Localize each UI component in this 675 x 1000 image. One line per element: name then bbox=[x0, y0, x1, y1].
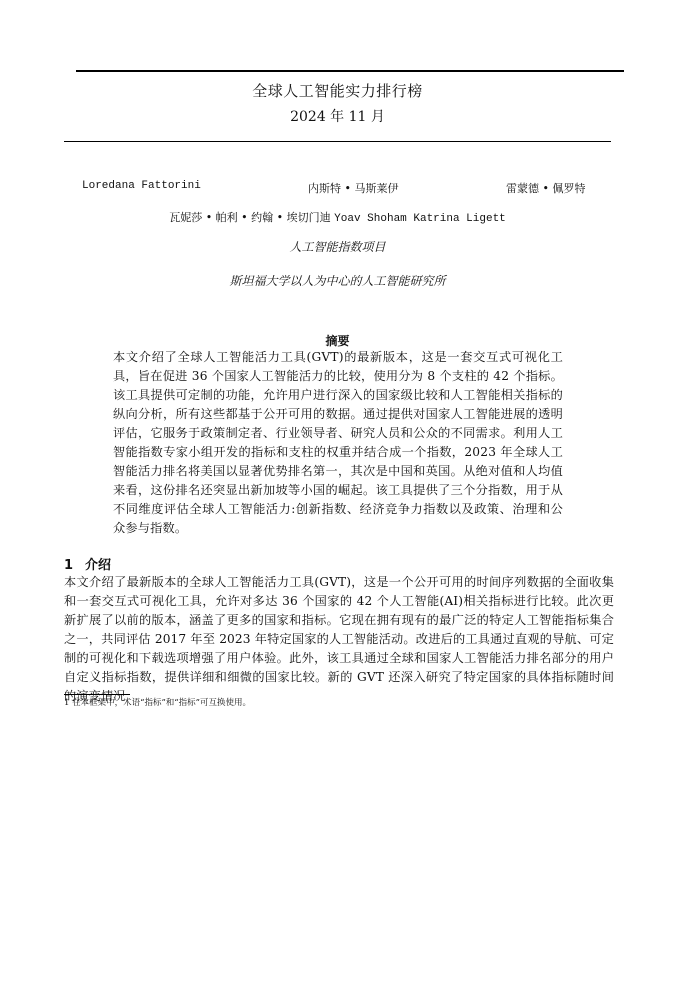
author-3: 雷蒙德 • 佩罗特 bbox=[506, 180, 585, 196]
authors-row-2-latin: Yoav Shoham Katrina Ligett bbox=[334, 213, 506, 225]
top-rule bbox=[76, 70, 624, 72]
section-number: 1 bbox=[64, 558, 73, 573]
paper-date: 2024 年 11 月 bbox=[0, 106, 675, 126]
section-1-heading: 1介绍 bbox=[64, 554, 111, 573]
author-2: 内斯特 • 马斯莱伊 bbox=[308, 180, 398, 196]
abstract-body: 本文介绍了全球人工智能活力工具(GVT)的最新版本，这是一套交互式可视化工具，旨… bbox=[113, 348, 563, 538]
author-1: Loredana Fattorini bbox=[82, 180, 201, 192]
footnote: 1 在本框架中，术语“指标”和“指标”可互换使用。 bbox=[64, 696, 251, 708]
paper-title: 全球人工智能实力排行榜 bbox=[0, 80, 675, 101]
section-1-body: 本文介绍了最新版本的全球人工智能活力工具(GVT)，这是一个公开可用的时间序列数… bbox=[64, 573, 614, 706]
section-title: 介绍 bbox=[85, 558, 111, 573]
footnote-rule bbox=[64, 694, 130, 695]
title-bottom-rule bbox=[64, 141, 611, 142]
authors-row-2: 瓦妮莎 • 帕利 • 约翰 • 埃切门迪 Yoav Shoham Katrina… bbox=[0, 209, 675, 225]
affiliation-1: 人工智能指数项目 bbox=[0, 238, 675, 255]
affiliation-2: 斯坦福大学以人为中心的人工智能研究所 bbox=[0, 272, 675, 289]
authors-row-2-cjk: 瓦妮莎 • 帕利 • 约翰 • 埃切门迪 bbox=[169, 211, 330, 224]
abstract-heading: 摘要 bbox=[0, 332, 675, 349]
